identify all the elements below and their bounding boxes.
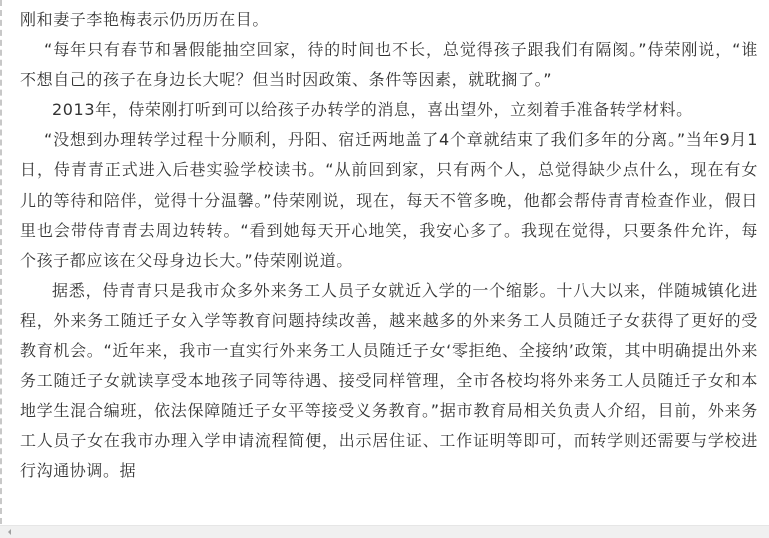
article-paragraph-1: 刚和妻子李艳梅表示仍历历在目。	[20, 5, 758, 35]
page-left-edge-divider	[0, 0, 2, 524]
horizontal-scrollbar[interactable]	[0, 525, 769, 538]
article-paragraph-5: 据悉，侍青青只是我市众多外来务工人员子女就近入学的一个缩影。十八大以来，伴随城镇…	[20, 276, 758, 487]
article-paragraph-4: “没想到办理转学过程十分顺利，丹阳、宿迁两地盖了4个章就结束了我们多年的分离。”…	[20, 125, 758, 275]
document-viewport: 刚和妻子李艳梅表示仍历历在目。 “每年只有春节和暑假能抽空回家，待的时间也不长，…	[0, 0, 769, 538]
article-paragraph-3: 2013年，侍荣刚打听到可以给孩子办转学的消息，喜出望外，立刻着手准备转学材料。	[20, 95, 758, 125]
scroll-left-arrow-icon[interactable]	[8, 529, 11, 535]
article-body: 刚和妻子李艳梅表示仍历历在目。 “每年只有春节和暑假能抽空回家，待的时间也不长，…	[20, 5, 758, 487]
article-paragraph-2: “每年只有春节和暑假能抽空回家，待的时间也不长，总觉得孩子跟我们有隔阂。”侍荣刚…	[20, 35, 758, 95]
